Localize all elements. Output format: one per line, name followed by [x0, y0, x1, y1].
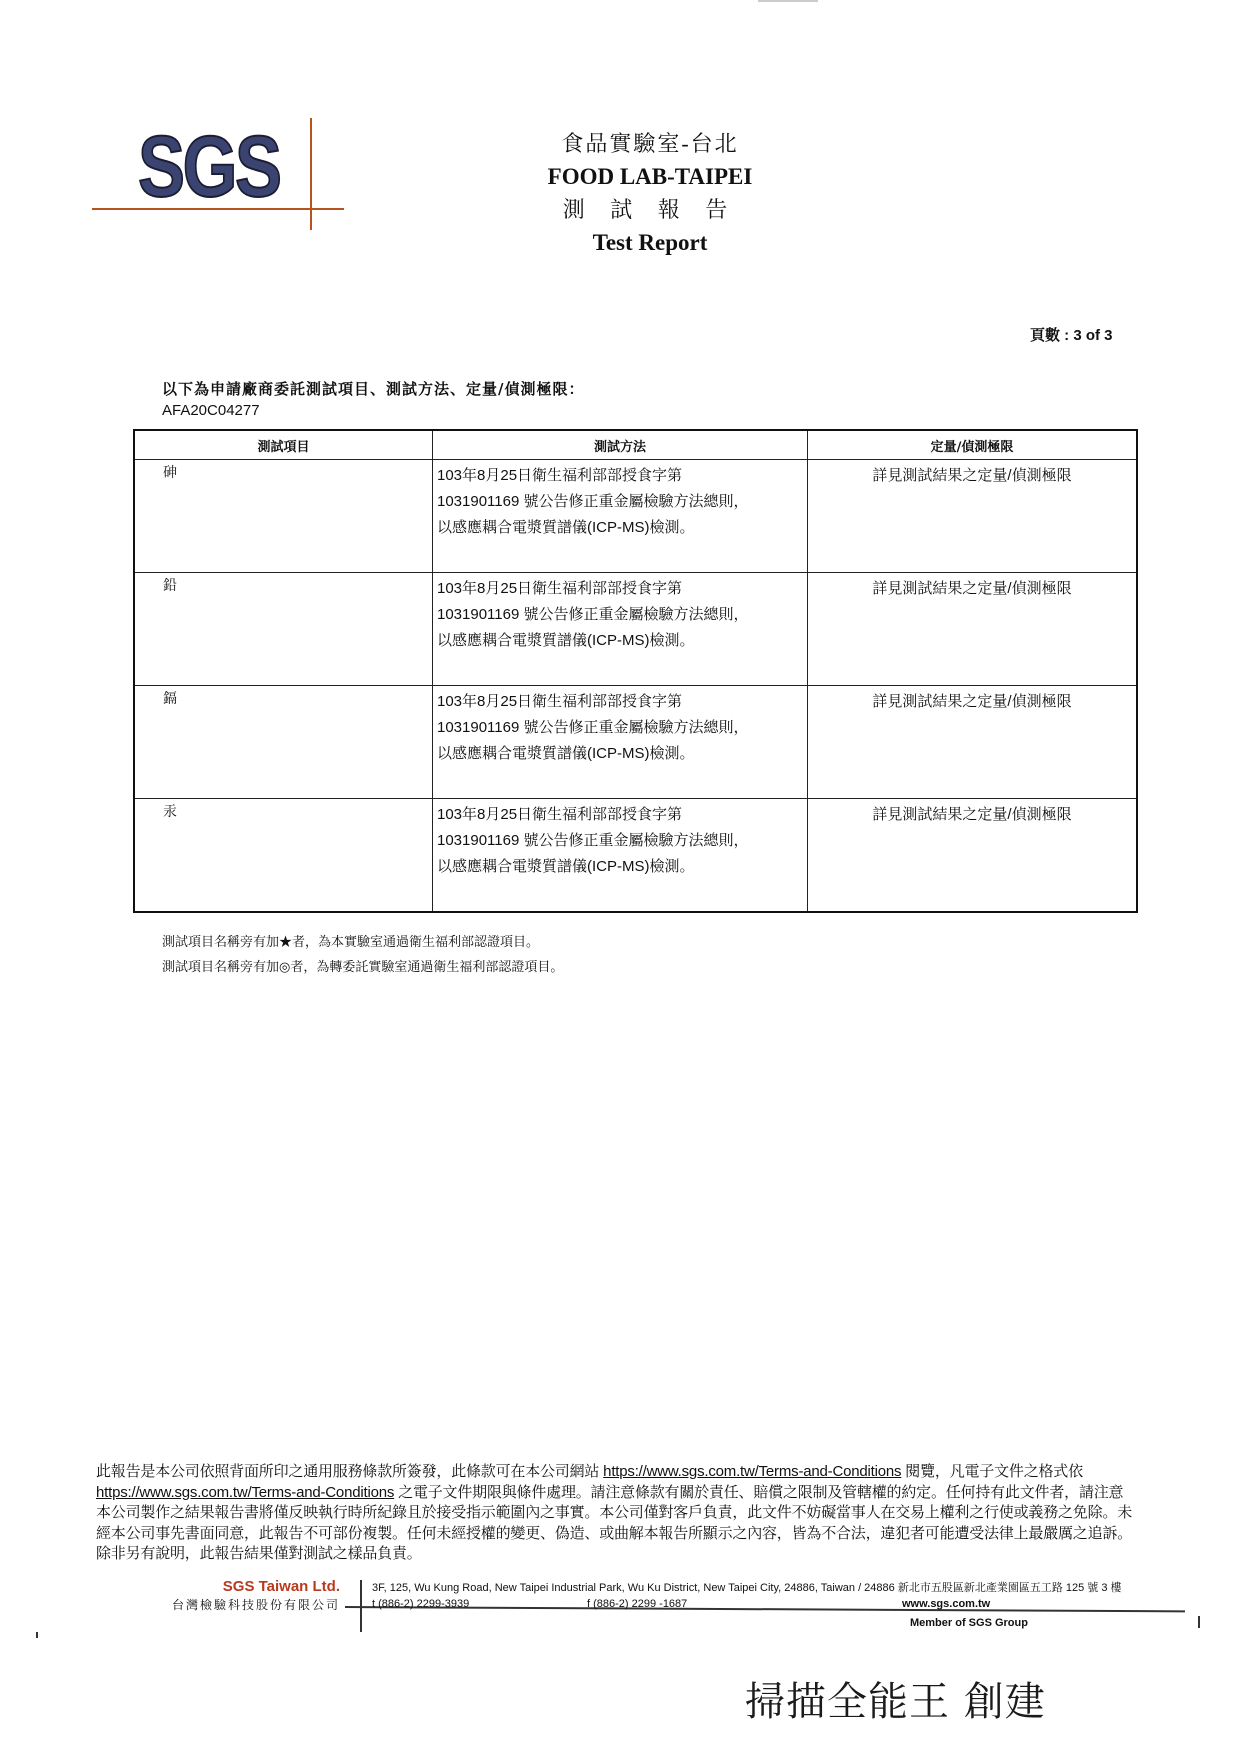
lab-name-en: FOOD LAB-TAIPEI [470, 160, 830, 194]
scan-artifact-right [1198, 1616, 1200, 1628]
scanner-watermark: 掃描全能王 創建 [745, 1670, 1046, 1727]
table-row: 鉛103年8月25日衛生福利部部授食字第1031901169 號公告修正重金屬檢… [134, 573, 1137, 686]
company-name-en: SGS Taiwan Ltd. [150, 1578, 340, 1596]
terms-line-5: 除非另有說明，此報告結果僅對測試之樣品負責。 [96, 1544, 1176, 1565]
test-item-cell: 汞 [134, 799, 433, 913]
method-line: 103年8月25日衛生福利部部授食字第 [437, 802, 803, 828]
company-name-zh: 台灣檢驗科技股份有限公司 [150, 1596, 340, 1614]
test-item-cell: 鉛 [134, 573, 433, 686]
member-of-sgs-group: Member of SGS Group [910, 1617, 1028, 1629]
terms-disclaimer: 此報告是本公司依照背面所印之通用服務條款所簽發，此條款可在本公司網站 https… [96, 1462, 1176, 1565]
scan-artifact-top [758, 0, 818, 2]
lab-name-zh: 食品實驗室-台北 [470, 128, 830, 160]
header-detection-limit: 定量/偵測極限 [808, 430, 1138, 460]
terms-line-4: 經本公司事先書面同意，此報告不可部份複製。任何未經授權的變更、偽造、或曲解本報告… [96, 1524, 1176, 1545]
intro-text: 以下為申請廠商委託測試項目、測試方法、定量/偵測極限： [162, 378, 584, 399]
method-line: 1031901169 號公告修正重金屬檢驗方法總則， [437, 602, 803, 628]
method-line: 以感應耦合電漿質譜儀(ICP-MS)檢測。 [437, 515, 803, 541]
test-method-cell: 103年8月25日衛生福利部部授食字第1031901169 號公告修正重金屬檢驗… [433, 686, 808, 799]
method-line: 以感應耦合電漿質譜儀(ICP-MS)檢測。 [437, 741, 803, 767]
header-test-method: 測試方法 [433, 430, 808, 460]
detection-limit-cell: 詳見測試結果之定量/偵測極限 [808, 460, 1138, 573]
method-line: 以感應耦合電漿質譜儀(ICP-MS)檢測。 [437, 854, 803, 880]
detection-limit-cell: 詳見測試結果之定量/偵測極限 [808, 573, 1138, 686]
table-row: 鎘103年8月25日衛生福利部部授食字第1031901169 號公告修正重金屬檢… [134, 686, 1137, 799]
note-circle: 測試項目名稱旁有加◎者，為轉委託實驗室通過衛生福利部認證項目。 [162, 955, 563, 980]
scan-artifact-left [36, 1632, 38, 1638]
sgs-logo: SGS [92, 118, 352, 228]
report-title-zh: 測 試 報 告 [470, 194, 830, 226]
logo-horizontal-line [92, 208, 344, 210]
test-method-cell: 103年8月25日衛生福利部部授食字第1031901169 號公告修正重金屬檢驗… [433, 573, 808, 686]
note-star: 測試項目名稱旁有加★者，為本實驗室通過衛生福利部認證項目。 [162, 930, 563, 955]
terms-line-3: 本公司製作之結果報告書將僅反映執行時所紀錄且於接受指示範圍內之事實。本公司僅對客… [96, 1503, 1176, 1524]
method-line: 103年8月25日衛生福利部部授食字第 [437, 576, 803, 602]
method-line: 以感應耦合電漿質譜儀(ICP-MS)檢測。 [437, 628, 803, 654]
method-line: 1031901169 號公告修正重金屬檢驗方法總則， [437, 715, 803, 741]
table-row: 砷103年8月25日衛生福利部部授食字第1031901169 號公告修正重金屬檢… [134, 460, 1137, 573]
test-method-cell: 103年8月25日衛生福利部部授食字第1031901169 號公告修正重金屬檢驗… [433, 799, 808, 913]
method-line: 103年8月25日衛生福利部部授食字第 [437, 689, 803, 715]
website-link[interactable]: www.sgs.com.tw [902, 1596, 990, 1612]
table-row: 汞103年8月25日衛生福利部部授食字第1031901169 號公告修正重金屬檢… [134, 799, 1137, 913]
test-method-cell: 103年8月25日衛生福利部部授食字第1031901169 號公告修正重金屬檢驗… [433, 460, 808, 573]
method-line: 103年8月25日衛生福利部部授食字第 [437, 463, 803, 489]
terms-link-2[interactable]: https://www.sgs.com.tw/Terms-and-Conditi… [96, 1484, 394, 1501]
table-header-row: 測試項目 測試方法 定量/偵測極限 [134, 430, 1137, 460]
test-items-table: 測試項目 測試方法 定量/偵測極限 砷103年8月25日衛生福利部部授食字第10… [133, 429, 1138, 913]
method-line: 1031901169 號公告修正重金屬檢驗方法總則， [437, 489, 803, 515]
detection-limit-cell: 詳見測試結果之定量/偵測極限 [808, 799, 1138, 913]
report-title-en: Test Report [470, 226, 830, 260]
terms-line-1: 此報告是本公司依照背面所印之通用服務條款所簽發，此條款可在本公司網站 https… [96, 1462, 1176, 1483]
report-header: 食品實驗室-台北 FOOD LAB-TAIPEI 測 試 報 告 Test Re… [470, 128, 830, 260]
document-id: AFA20C04277 [162, 402, 260, 419]
company-address: 3F, 125, Wu Kung Road, New Taipei Indust… [372, 1580, 1172, 1612]
method-line: 1031901169 號公告修正重金屬檢驗方法總則， [437, 828, 803, 854]
sgs-logo-text: SGS [138, 124, 280, 210]
company-block: SGS Taiwan Ltd. 台灣檢驗科技股份有限公司 [150, 1578, 340, 1614]
header-test-item: 測試項目 [134, 430, 433, 460]
terms-line-2: https://www.sgs.com.tw/Terms-and-Conditi… [96, 1483, 1176, 1504]
telephone: t (886-2) 2299-3939 [372, 1598, 469, 1610]
logo-vertical-line [310, 118, 312, 230]
notes: 測試項目名稱旁有加★者，為本實驗室通過衛生福利部認證項目。 測試項目名稱旁有加◎… [162, 930, 563, 980]
fax: f (886-2) 2299 -1687 [587, 1596, 687, 1612]
terms-link-1[interactable]: https://www.sgs.com.tw/Terms-and-Conditi… [603, 1463, 901, 1480]
detection-limit-cell: 詳見測試結果之定量/偵測極限 [808, 686, 1138, 799]
test-item-cell: 砷 [134, 460, 433, 573]
test-item-cell: 鎘 [134, 686, 433, 799]
address-line: 3F, 125, Wu Kung Road, New Taipei Indust… [372, 1580, 1172, 1596]
page-number: 頁數 : 3 of 3 [1030, 324, 1113, 345]
